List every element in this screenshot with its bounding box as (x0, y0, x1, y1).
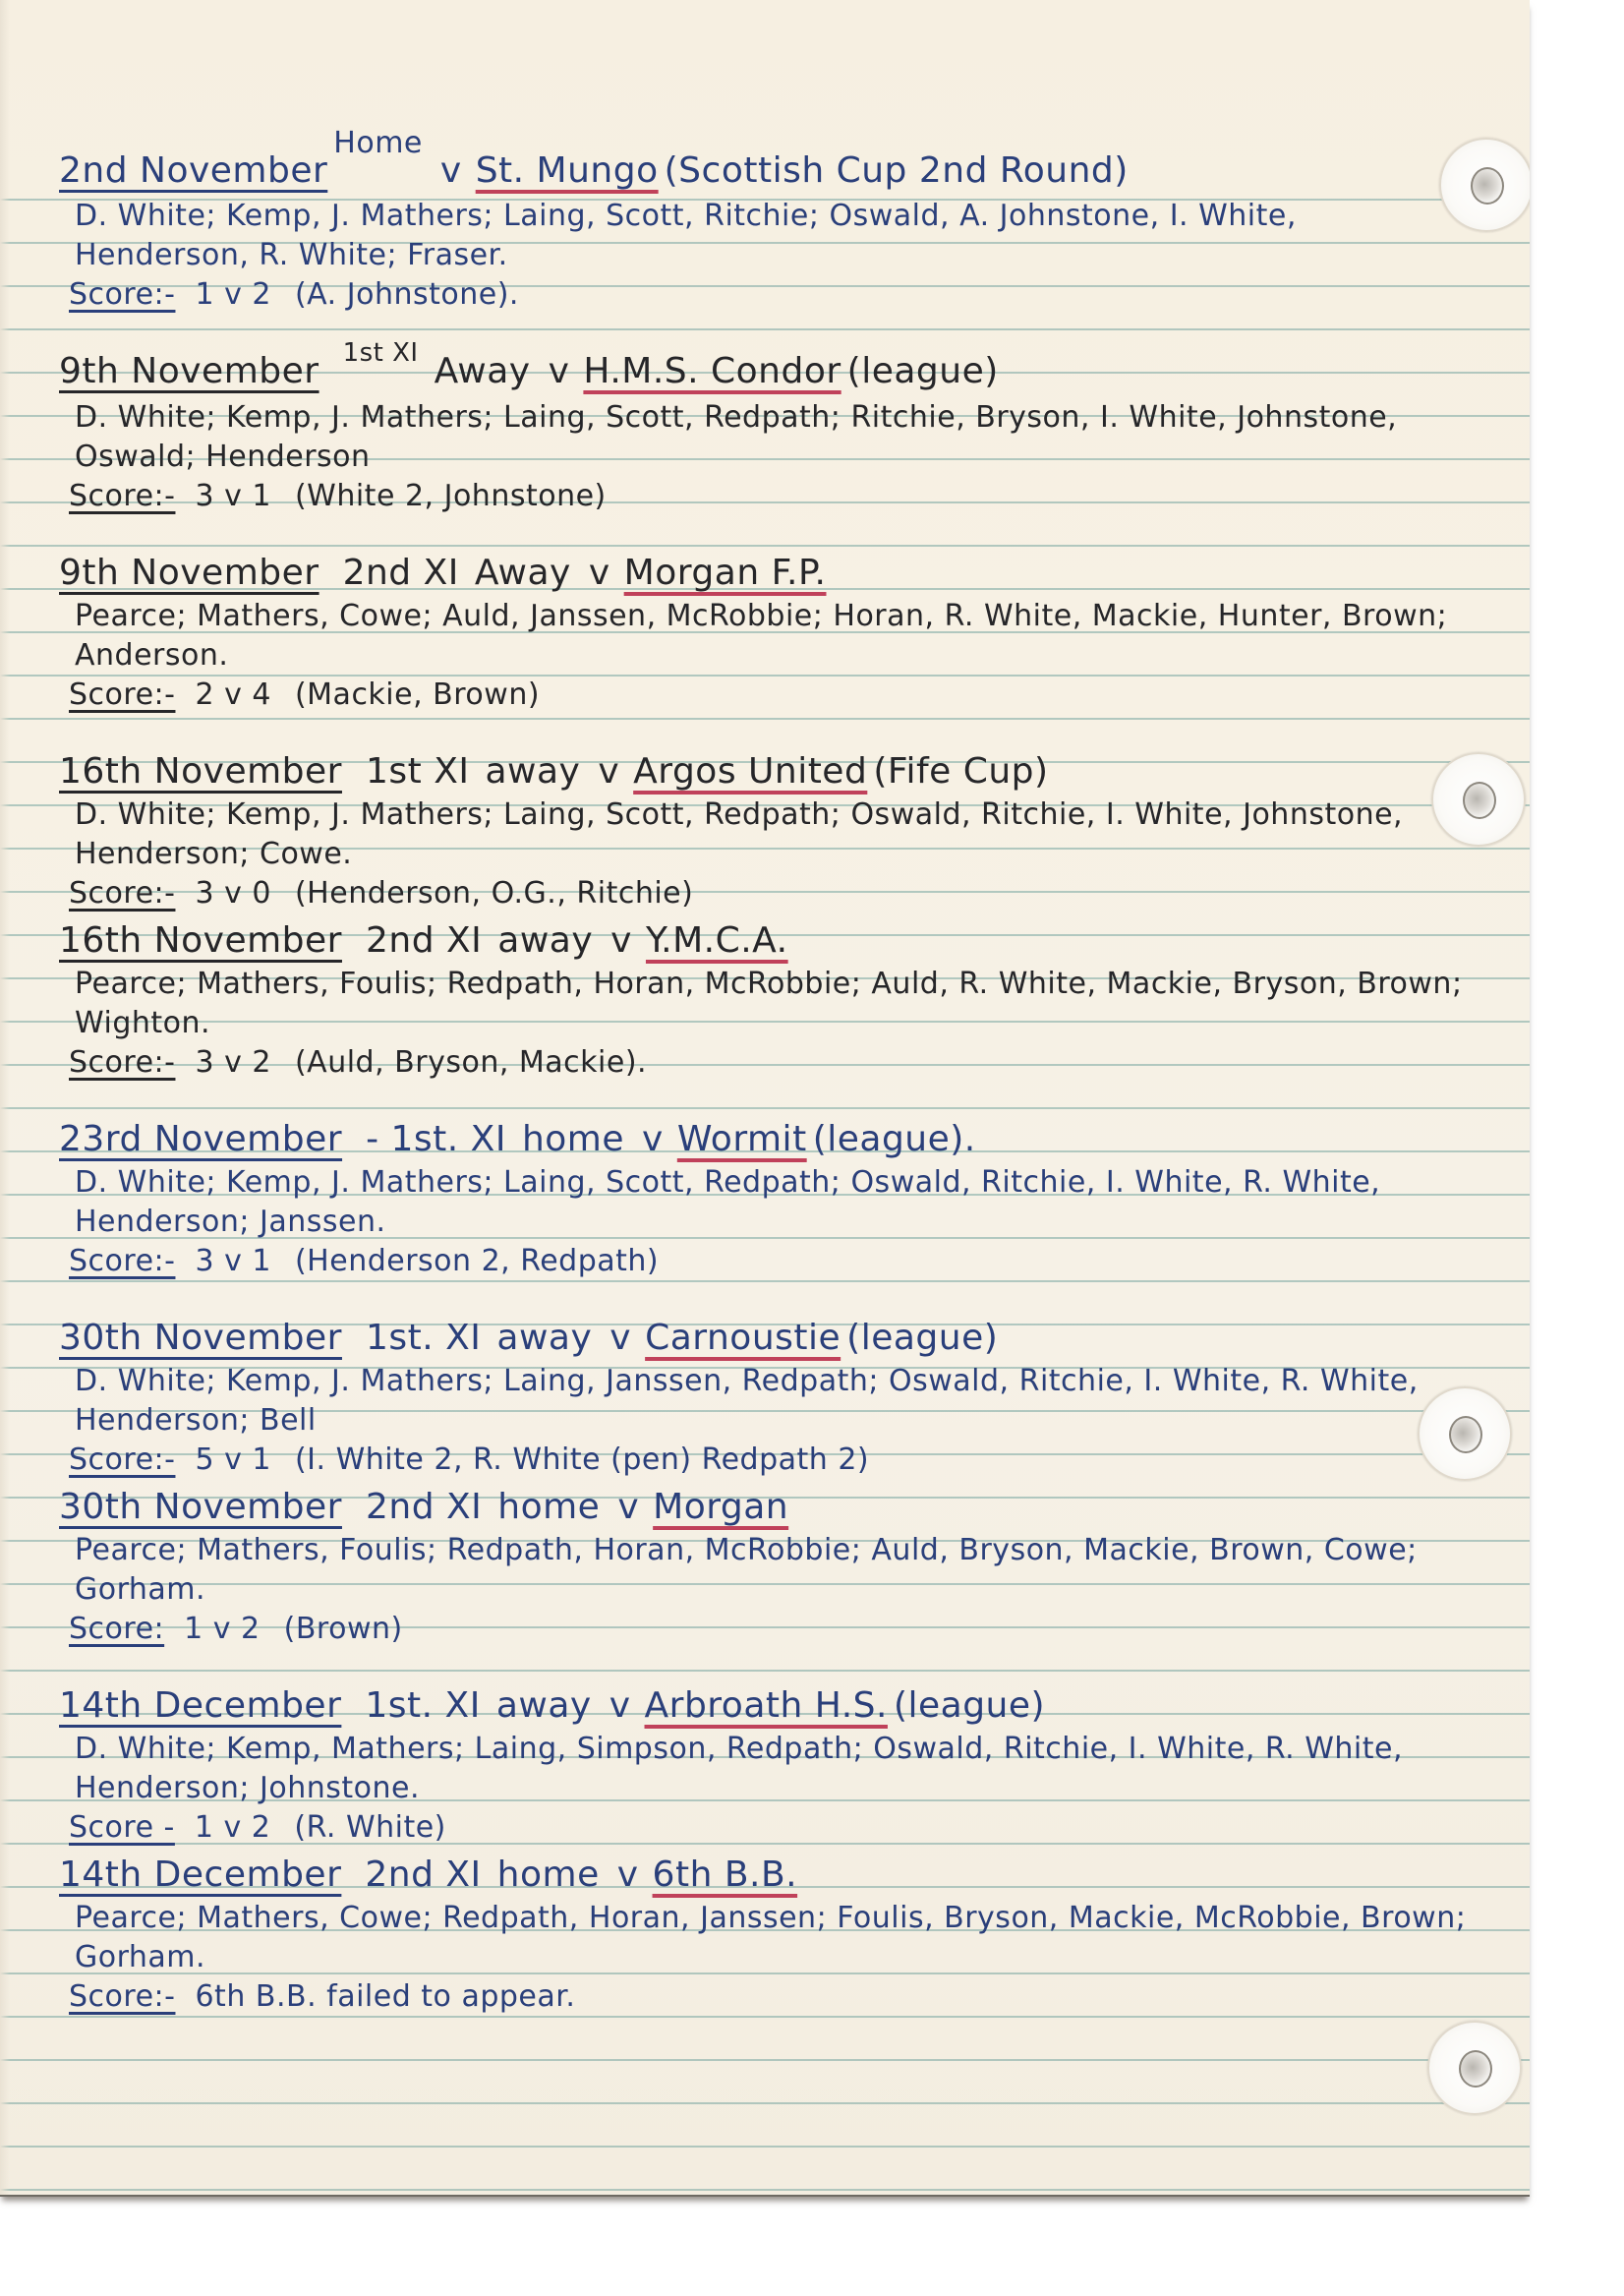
match-date: 16th November (59, 751, 342, 792)
match-venue: Away (435, 351, 531, 391)
opponent-name: 6th B.B. (653, 1854, 798, 1895)
team-eleven: 2nd XI (366, 920, 482, 961)
match-entry: 16th November1st XIawayvArgos United(Fif… (59, 748, 1475, 913)
score-line: Score:-3 v 2(Auld, Bryson, Mackie). (59, 1043, 1475, 1083)
match-venue: home (497, 1854, 600, 1895)
score-label: Score:- (69, 479, 175, 513)
match-header: 23rd November- 1st. XIhomevWormit(league… (59, 1116, 1475, 1163)
versus-label: v (549, 351, 570, 391)
team-lineup: D. White; Kemp, J. Mathers; Laing, Scott… (59, 197, 1471, 275)
match-entry: 9th November2nd XIAwayvMorgan F.P. Pearc… (59, 550, 1475, 715)
match-header: 30th November1st. XIawayvCarnoustie(leag… (59, 1315, 1475, 1362)
opponent-name: Morgan F.P. (624, 553, 827, 593)
team-eleven: 1st. XI (366, 1318, 481, 1358)
team-lineup: Pearce; Mathers, Cowe; Auld, Janssen, Mc… (59, 597, 1471, 676)
competition: (Scottish Cup 2nd Round) (665, 150, 1129, 191)
match-date: 16th November (59, 920, 342, 961)
match-venue: home (497, 1487, 600, 1527)
opponent-name: H.M.S. Condor (583, 351, 841, 391)
goal-scorers: (Auld, Bryson, Mackie). (295, 1045, 647, 1080)
goal-scorers: (I. White 2, R. White (pen) Redpath 2) (295, 1442, 869, 1477)
competition: (Fife Cup) (873, 751, 1048, 792)
match-date: 30th November (59, 1318, 342, 1358)
versus-label: v (617, 1854, 639, 1895)
goal-scorers: (Brown) (284, 1612, 403, 1646)
match-entry: 23rd November- 1st. XIhomevWormit(league… (59, 1116, 1475, 1281)
opponent-name: Argos United (633, 751, 867, 792)
score-label: Score:- (69, 876, 175, 911)
team-eleven: 2nd XI (365, 1854, 481, 1895)
competition: (league) (894, 1685, 1045, 1726)
team-eleven: 1st XI (343, 338, 419, 368)
competition: (league) (847, 351, 999, 391)
match-venue: Home (333, 126, 423, 160)
team-eleven: - 1st. XI (366, 1119, 506, 1159)
match-entries: 2nd NovemberHomevSt. Mungo(Scottish Cup … (59, 147, 1475, 2050)
opponent-name: Carnoustie (645, 1318, 841, 1358)
score-line: Score:-1 v 2(A. Johnstone). (59, 275, 1475, 315)
score-value: 1 v 2 (195, 1810, 271, 1845)
match-date: 14th December (59, 1854, 341, 1895)
score-value: 6th B.B. failed to appear. (195, 1979, 575, 2014)
team-lineup: Pearce; Mathers, Foulis; Redpath, Horan,… (59, 965, 1471, 1043)
team-eleven: 2nd XI (366, 1487, 482, 1527)
versus-label: v (642, 1119, 664, 1159)
competition: (league). (813, 1119, 976, 1159)
match-date: 23rd November (59, 1119, 342, 1159)
score-value: 1 v 2 (184, 1612, 261, 1646)
team-lineup: D. White; Kemp, J. Mathers; Laing, Scott… (59, 398, 1471, 477)
score-label: Score:- (69, 1244, 175, 1278)
score-value: 3 v 1 (195, 1244, 271, 1278)
match-venue: away (485, 751, 580, 792)
score-value: 2 v 4 (195, 677, 271, 712)
match-entry: 14th December1st. XIawayvArbroath H.S.(l… (59, 1682, 1475, 1848)
goal-scorers: (Henderson 2, Redpath) (295, 1244, 659, 1278)
match-header: 2nd NovemberHomevSt. Mungo(Scottish Cup … (59, 147, 1475, 197)
match-header: 14th December1st. XIawayvArbroath H.S.(l… (59, 1682, 1475, 1730)
match-entry: 16th November2nd XIawayvY.M.C.A. Pearce;… (59, 917, 1475, 1083)
opponent-name: Morgan (653, 1487, 788, 1527)
versus-label: v (440, 150, 462, 191)
team-lineup: Pearce; Mathers, Cowe; Redpath, Horan, J… (59, 1899, 1471, 1977)
match-venue: away (496, 1318, 592, 1358)
match-entry: 2nd NovemberHomevSt. Mungo(Scottish Cup … (59, 147, 1475, 315)
versus-label: v (598, 751, 619, 792)
match-header: 16th November2nd XIawayvY.M.C.A. (59, 917, 1475, 965)
score-value: 3 v 1 (195, 479, 271, 513)
match-date: 14th December (59, 1685, 341, 1726)
score-label: Score:- (69, 677, 175, 712)
goal-scorers: (R. White) (294, 1810, 446, 1845)
score-line: Score:-2 v 4(Mackie, Brown) (59, 676, 1475, 715)
match-header: 14th December2nd XIhomev6th B.B. (59, 1852, 1475, 1899)
match-header: 9th November1st XIAwayvH.M.S. Condor(lea… (59, 348, 1475, 398)
versus-label: v (609, 1685, 631, 1726)
team-lineup: D. White; Kemp, J. Mathers; Laing, Janss… (59, 1362, 1471, 1441)
score-label: Score:- (69, 1979, 175, 2014)
score-line: Score:-6th B.B. failed to appear. (59, 1977, 1475, 2017)
opponent-name: Arbroath H.S. (645, 1685, 888, 1726)
match-date: 30th November (59, 1487, 342, 1527)
match-venue: home (522, 1119, 624, 1159)
match-header: 16th November1st XIawayvArgos United(Fif… (59, 748, 1475, 795)
score-value: 5 v 1 (195, 1442, 271, 1477)
match-date: 9th November (59, 553, 319, 593)
match-venue: away (496, 1685, 592, 1726)
score-label: Score: (69, 1612, 164, 1646)
team-lineup: D. White; Kemp, J. Mathers; Laing, Scott… (59, 795, 1471, 874)
goal-scorers: (A. Johnstone). (295, 277, 519, 312)
score-line: Score:-5 v 1(I. White 2, R. White (pen) … (59, 1441, 1475, 1480)
match-date: 9th November (59, 351, 319, 391)
score-line: Score:-3 v 1(Henderson 2, Redpath) (59, 1242, 1475, 1281)
score-line: Score:-3 v 0(Henderson, O.G., Ritchie) (59, 874, 1475, 913)
team-lineup: D. White; Kemp, Mathers; Laing, Simpson,… (59, 1730, 1471, 1808)
versus-label: v (609, 1318, 631, 1358)
page-edge-shadow (0, 0, 10, 2195)
score-value: 1 v 2 (195, 277, 271, 312)
match-venue: away (497, 920, 593, 961)
goal-scorers: (Henderson, O.G., Ritchie) (295, 876, 693, 911)
team-lineup: Pearce; Mathers, Foulis; Redpath, Horan,… (59, 1531, 1471, 1610)
score-label: Score:- (69, 1045, 175, 1080)
goal-scorers: (White 2, Johnstone) (295, 479, 607, 513)
versus-label: v (589, 553, 610, 593)
notebook-page: 2nd NovemberHomevSt. Mungo(Scottish Cup … (0, 0, 1530, 2197)
team-lineup: D. White; Kemp, J. Mathers; Laing, Scott… (59, 1163, 1471, 1242)
opponent-name: Y.M.C.A. (646, 920, 788, 961)
competition: (league) (846, 1318, 998, 1358)
team-eleven: 1st. XI (365, 1685, 480, 1726)
goal-scorers: (Mackie, Brown) (295, 677, 540, 712)
versus-label: v (617, 1487, 639, 1527)
opponent-name: Wormit (677, 1119, 807, 1159)
match-venue: Away (475, 553, 571, 593)
team-eleven: 2nd XI (343, 553, 459, 593)
score-line: Score -1 v 2(R. White) (59, 1808, 1475, 1848)
score-line: Score:1 v 2(Brown) (59, 1610, 1475, 1649)
score-value: 3 v 0 (195, 876, 271, 911)
match-entry: 30th November2nd XIhomevMorgan Pearce; M… (59, 1484, 1475, 1649)
score-label: Score:- (69, 1442, 175, 1477)
match-entry: 14th December2nd XIhomev6th B.B. Pearce;… (59, 1852, 1475, 2017)
match-header: 9th November2nd XIAwayvMorgan F.P. (59, 550, 1475, 597)
match-header: 30th November2nd XIhomevMorgan (59, 1484, 1475, 1531)
match-entry: 9th November1st XIAwayvH.M.S. Condor(lea… (59, 348, 1475, 516)
opponent-name: St. Mungo (476, 150, 659, 191)
score-value: 3 v 2 (195, 1045, 271, 1080)
score-label: Score - (69, 1810, 175, 1845)
score-label: Score:- (69, 277, 175, 312)
versus-label: v (610, 920, 632, 961)
score-line: Score:-3 v 1(White 2, Johnstone) (59, 477, 1475, 516)
match-date: 2nd November (59, 150, 327, 191)
match-entry: 30th November1st. XIawayvCarnoustie(leag… (59, 1315, 1475, 1480)
team-eleven: 1st XI (366, 751, 470, 792)
